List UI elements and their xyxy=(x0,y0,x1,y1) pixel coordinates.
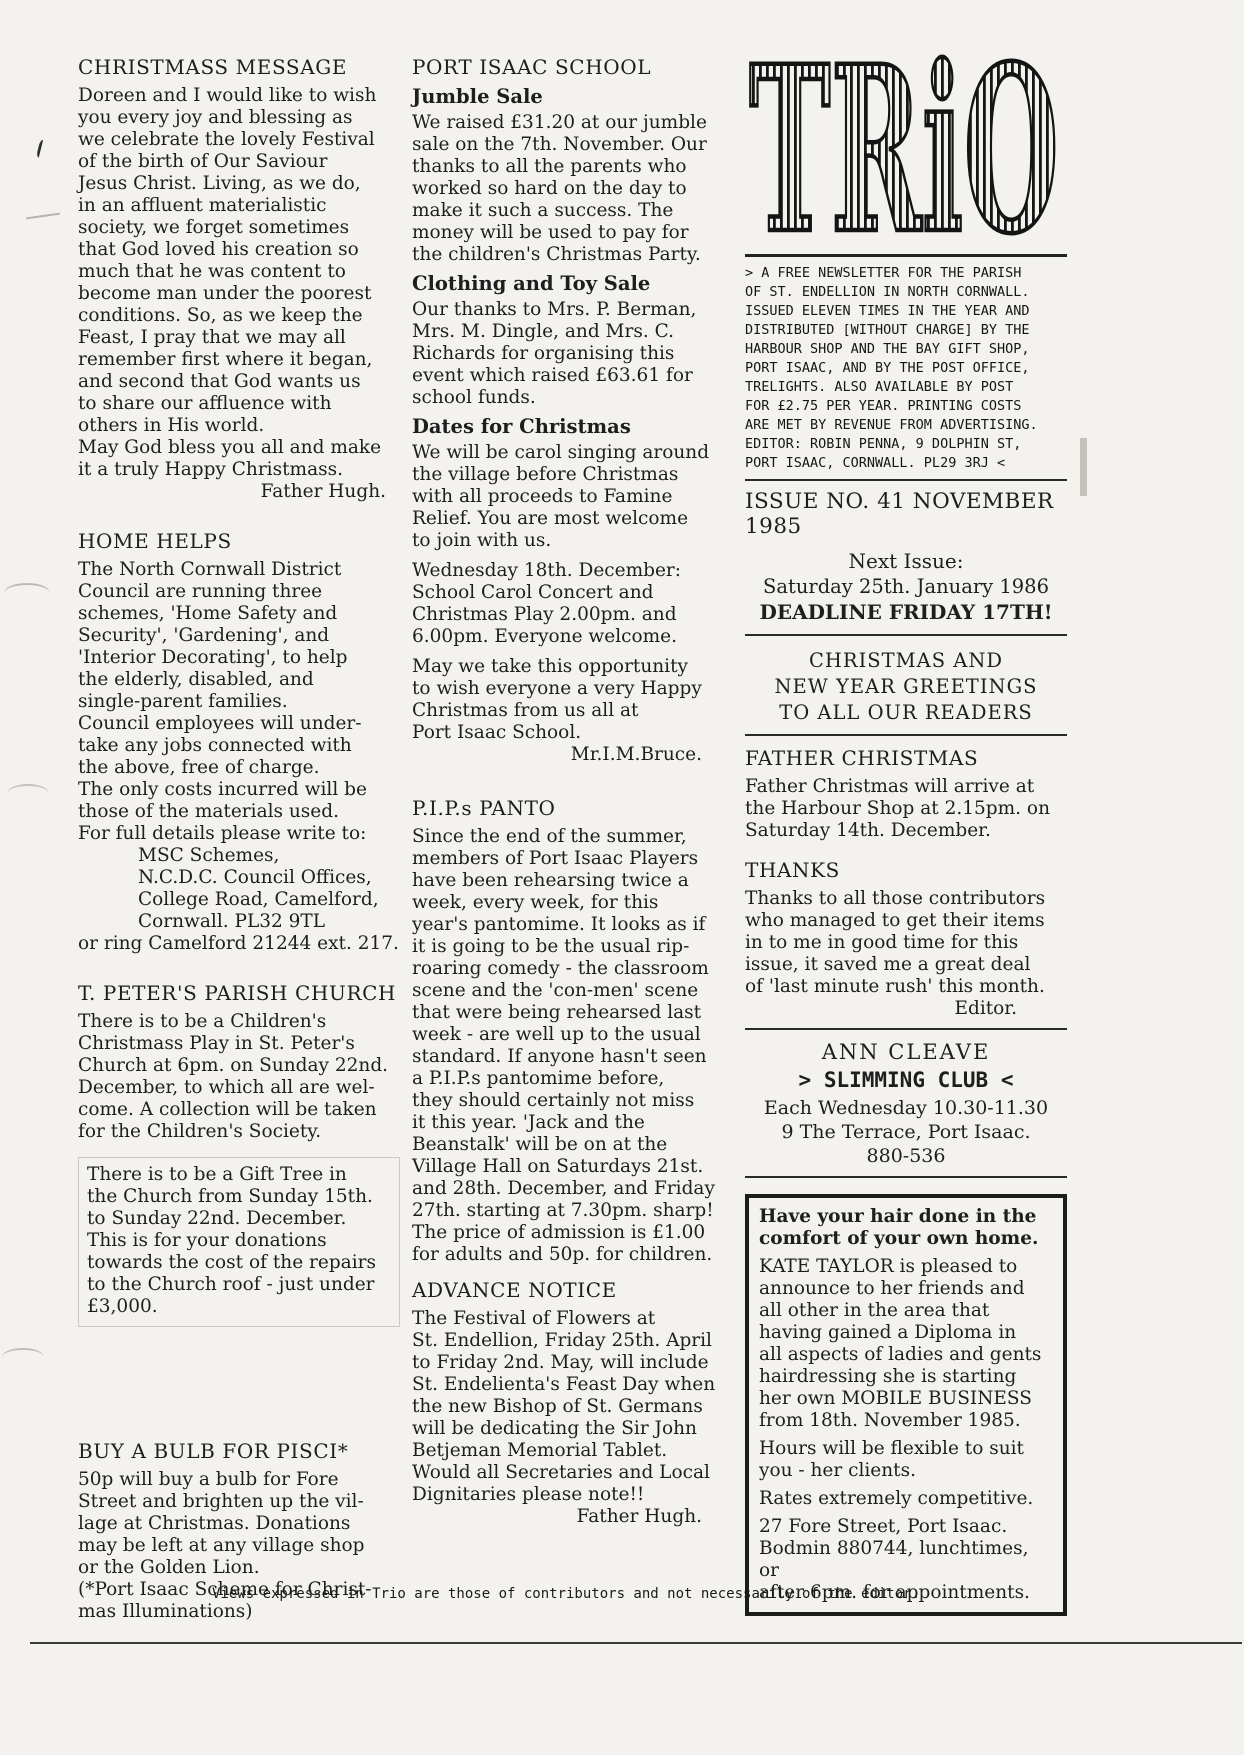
scan-artifact xyxy=(26,213,60,220)
section-heading: ADVANCE NOTICE xyxy=(412,1278,742,1302)
signature: Editor. xyxy=(745,998,1067,1020)
scan-artifact xyxy=(4,583,50,603)
column-right: TRiO > A FREE NEWSLETTER FOR THE PARISH … xyxy=(745,48,1067,1616)
trio-logo: TRiO xyxy=(745,48,1067,248)
section-heading: P.I.P.s PANTO xyxy=(412,796,742,820)
section-advance-notice: ADVANCE NOTICE The Festival of Flowers a… xyxy=(412,1278,742,1528)
scan-artifact xyxy=(1080,438,1087,496)
paragraph: Since the end of the summer, members of … xyxy=(412,826,742,1266)
paragraph: We will be carol singing around the vill… xyxy=(412,442,742,552)
section-father-christmas: FATHER CHRISTMAS Father Christmas will a… xyxy=(745,746,1067,842)
section-port-isaac-school: PORT ISAAC SCHOOL Jumble Sale We raised … xyxy=(412,55,742,766)
signature: Mr.I.M.Bruce. xyxy=(412,744,742,766)
subsection-heading: Jumble Sale xyxy=(412,85,742,108)
section-heading: PORT ISAAC SCHOOL xyxy=(412,55,742,79)
advertiser-name: ANN CLEAVE xyxy=(745,1040,1067,1064)
scan-artifact xyxy=(2,1348,44,1366)
address-block: MSC Schemes, N.C.D.C. Council Offices, C… xyxy=(78,845,400,933)
section-christmass-message: CHRISTMASS MESSAGE Doreen and I would li… xyxy=(78,55,400,503)
phone-line: or ring Camelford 21244 ext. 217. xyxy=(78,933,400,955)
subsection-heading: Clothing and Toy Sale xyxy=(412,272,742,295)
greetings-text: CHRISTMAS AND NEW YEAR GREETINGS TO ALL … xyxy=(745,648,1067,726)
paragraph: The North Cornwall District Council are … xyxy=(78,559,400,845)
section-pips-panto: P.I.P.s PANTO Since the end of the summe… xyxy=(412,796,742,1266)
subsection-heading: Dates for Christmas xyxy=(412,415,742,438)
paragraph: There is to be a Children's Christmass P… xyxy=(78,1011,400,1143)
rule xyxy=(745,734,1067,736)
paragraph: Doreen and I would like to wish you ever… xyxy=(78,85,400,481)
scan-artifact xyxy=(8,784,48,802)
rule xyxy=(745,1028,1067,1030)
paragraph: 50p will buy a bulb for Fore Street and … xyxy=(78,1469,400,1579)
section-heading: HOME HELPS xyxy=(78,529,400,553)
section-heading: FATHER CHRISTMAS xyxy=(745,746,1067,770)
rule xyxy=(745,254,1067,257)
rule xyxy=(745,1176,1067,1178)
column-left: CHRISTMASS MESSAGE Doreen and I would li… xyxy=(78,55,400,1623)
club-details: Each Wednesday 10.30-11.30 9 The Terrace… xyxy=(745,1096,1067,1168)
ad-paragraph: Hours will be flexible to suit you - her… xyxy=(759,1438,1053,1482)
deadline-line: DEADLINE FRIDAY 17TH! xyxy=(745,600,1067,624)
signature: Father Hugh. xyxy=(78,481,400,503)
newsletter-page: CHRISTMASS MESSAGE Doreen and I would li… xyxy=(0,0,1244,1755)
paragraph: May we take this opportunity to wish eve… xyxy=(412,656,742,744)
gift-tree-box: There is to be a Gift Tree in the Church… xyxy=(78,1157,400,1327)
section-heading: BUY A BULB FOR PISCI* xyxy=(78,1439,400,1463)
signature: Father Hugh. xyxy=(412,1506,742,1528)
next-issue-label: Next Issue: xyxy=(745,549,1067,573)
paragraph: The Festival of Flowers at St. Endellion… xyxy=(412,1308,742,1506)
ad-intro: Have your hair done in the comfort of yo… xyxy=(759,1206,1053,1250)
issue-line: ISSUE NO. 41 NOVEMBER 1985 xyxy=(745,489,1067,539)
paragraph: Wednesday 18th. December: School Carol C… xyxy=(412,560,742,648)
trio-logo-text: TRiO xyxy=(749,48,1059,248)
hairdresser-ad-box: Have your hair done in the comfort of yo… xyxy=(745,1194,1067,1616)
paragraph: Thanks to all those contributors who man… xyxy=(745,888,1067,998)
paragraph: There is to be a Gift Tree in the Church… xyxy=(87,1164,391,1318)
paragraph: Father Christmas will arrive at the Harb… xyxy=(745,776,1067,842)
masthead-text: > A FREE NEWSLETTER FOR THE PARISH OF ST… xyxy=(745,264,1067,473)
scan-artifact xyxy=(36,139,47,158)
ad-paragraph: KATE TAYLOR is pleased to announce to he… xyxy=(759,1256,1053,1432)
next-issue-date: Saturday 25th. January 1986 xyxy=(745,575,1067,598)
section-parish-church: T. PETER'S PARISH CHURCH There is to be … xyxy=(78,981,400,1143)
paragraph: We raised £31.20 at our jumble sale on t… xyxy=(412,112,742,266)
section-heading: T. PETER'S PARISH CHURCH xyxy=(78,981,400,1005)
ad-paragraph: Rates extremely competitive. xyxy=(759,1488,1053,1510)
club-title: > SLIMMING CLUB < xyxy=(745,1068,1067,1092)
section-heading: THANKS xyxy=(745,858,1067,882)
footer-disclaimer: Views expressed in Trio are those of con… xyxy=(212,1586,920,1602)
section-thanks: THANKS Thanks to all those contributors … xyxy=(745,858,1067,1020)
section-home-helps: HOME HELPS The North Cornwall District C… xyxy=(78,529,400,955)
paragraph: Our thanks to Mrs. P. Berman, Mrs. M. Di… xyxy=(412,299,742,409)
bottom-rule xyxy=(30,1642,1242,1644)
rule xyxy=(745,634,1067,636)
rule xyxy=(745,479,1067,481)
section-slimming-club: ANN CLEAVE > SLIMMING CLUB < Each Wednes… xyxy=(745,1040,1067,1168)
section-heading: CHRISTMASS MESSAGE xyxy=(78,55,400,79)
column-middle: PORT ISAAC SCHOOL Jumble Sale We raised … xyxy=(412,55,742,1528)
trio-logo-svg: TRiO xyxy=(745,48,1067,248)
